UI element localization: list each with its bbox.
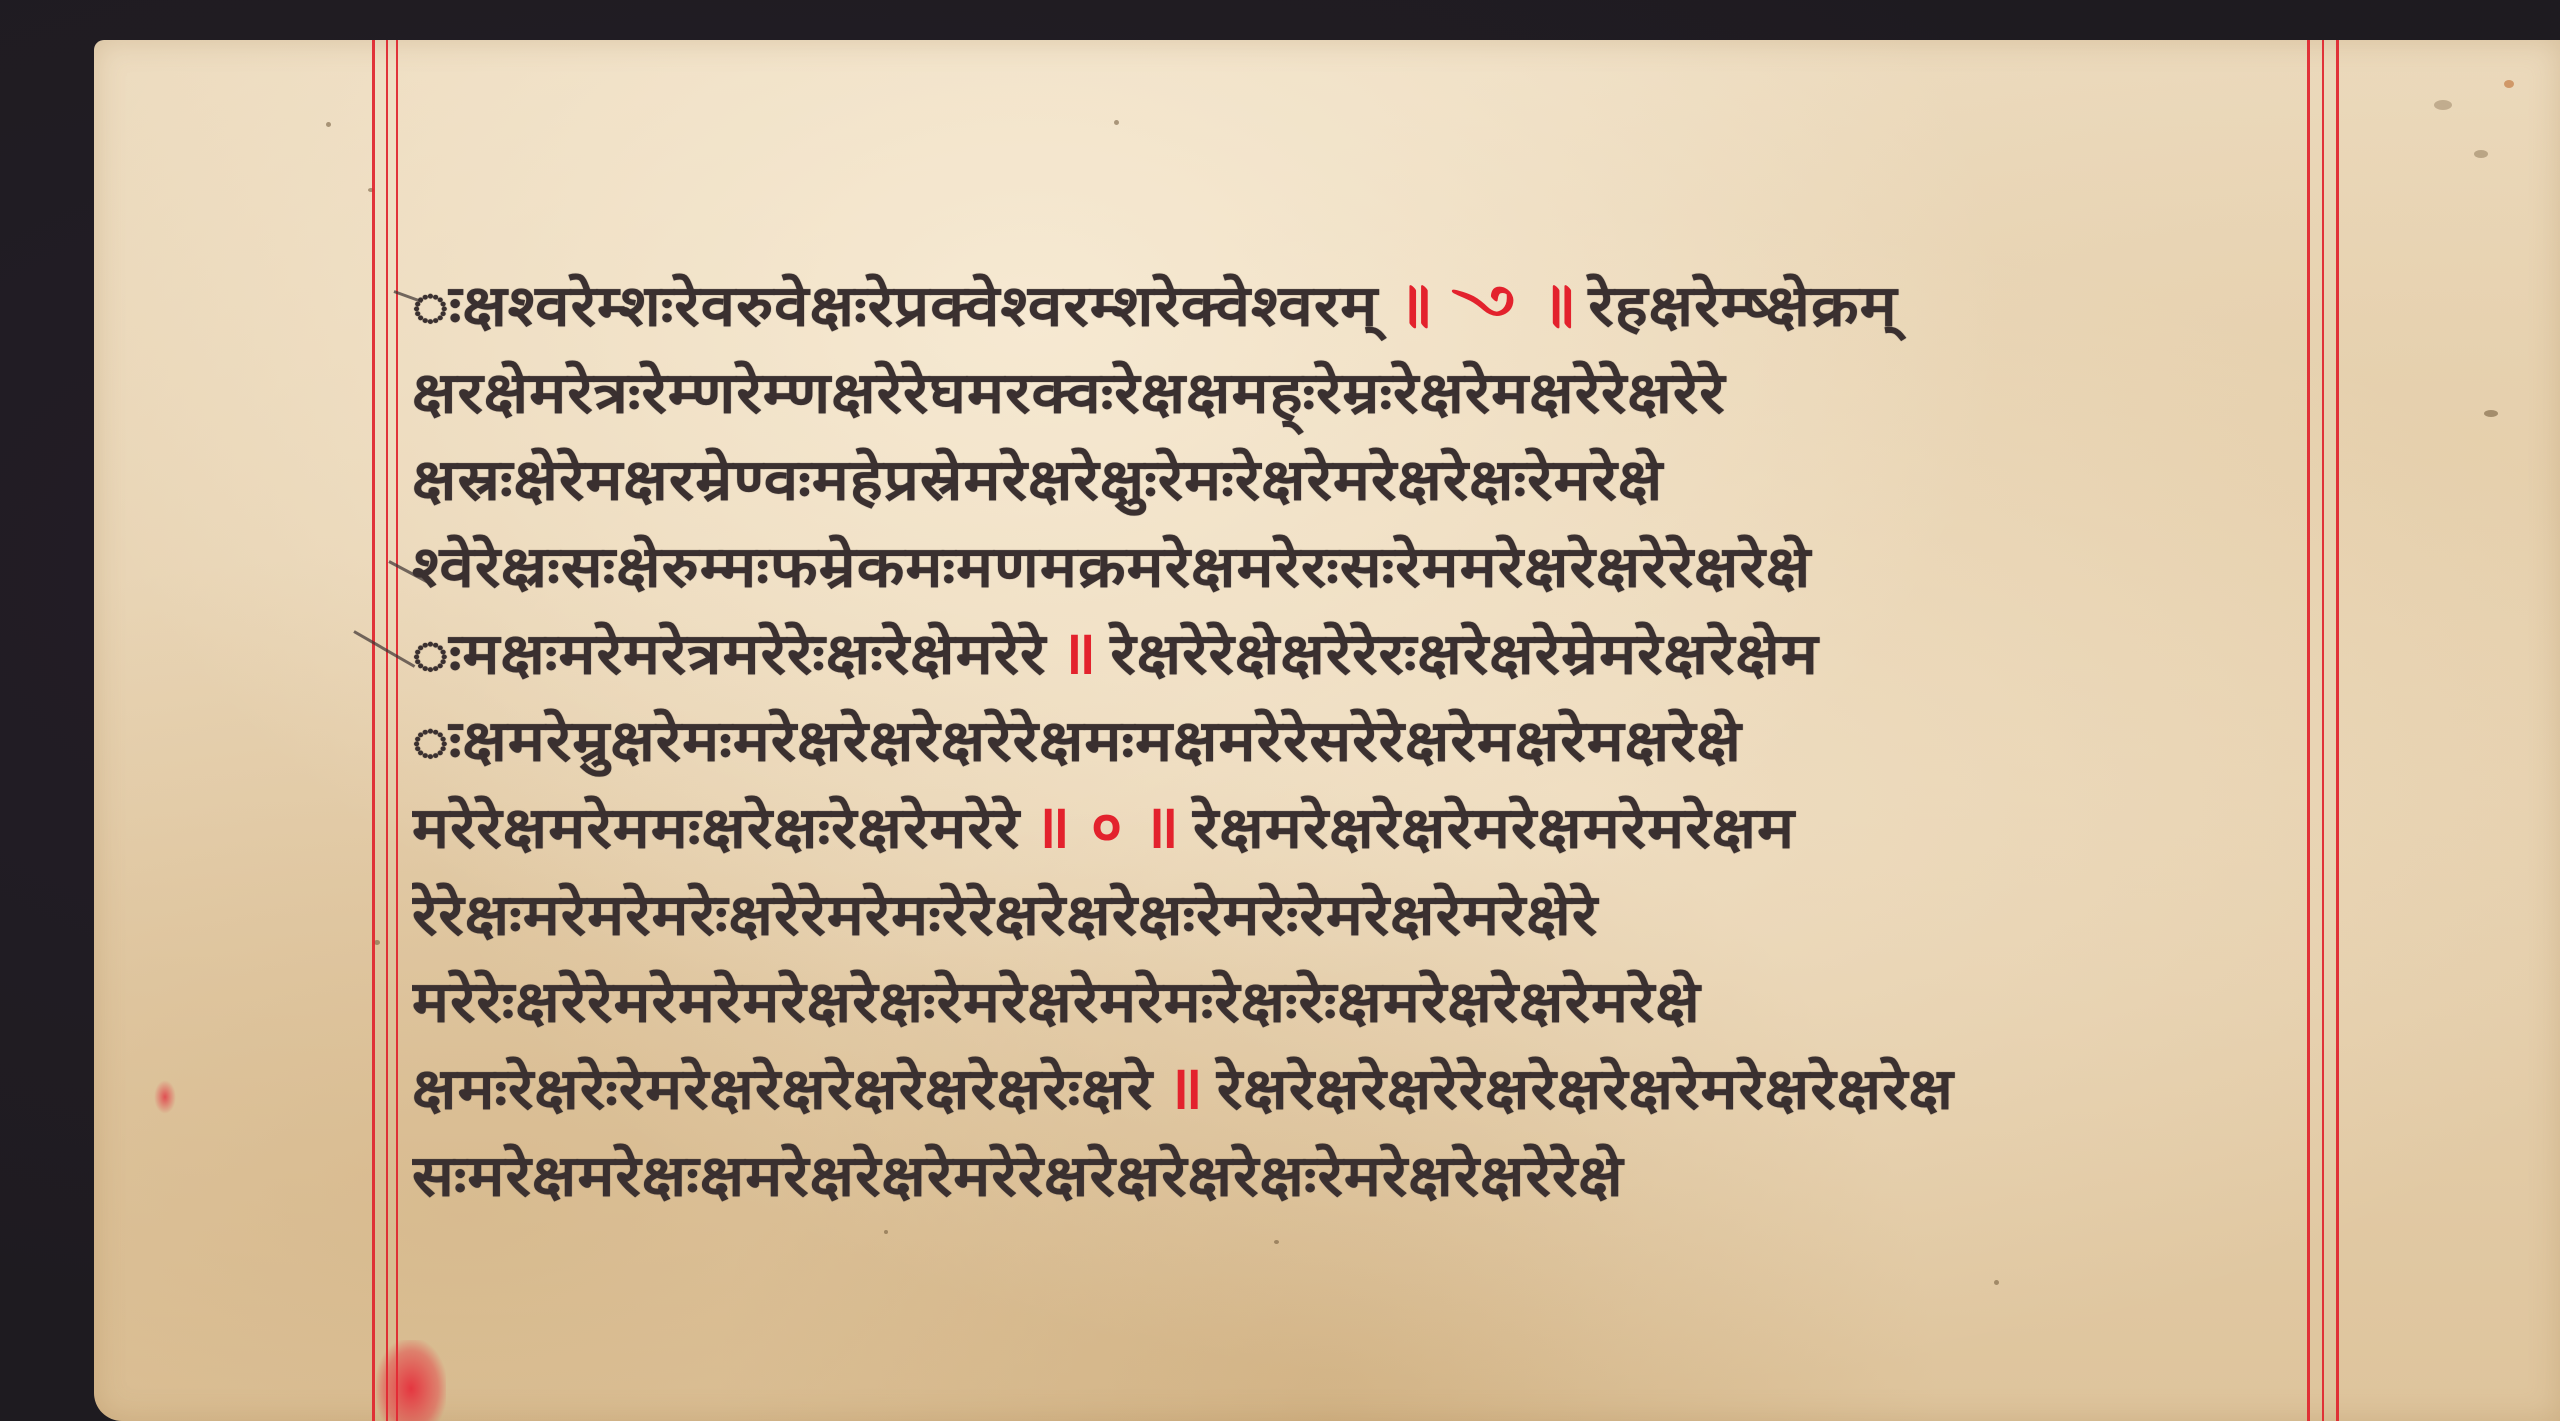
text-line-8: रेरेक्षःमरेमरेमरेःक्षरेरेमरेमःरेरेक्षरेक…: [412, 871, 2302, 958]
text-line-1: ःक्षश्वरेम्शःरेवरुवेक्षःरेप्रक्वेश्वरम्श…: [412, 262, 2302, 349]
red-ink-smudge: [376, 1340, 446, 1421]
left-ruling-line: [396, 40, 398, 1421]
paper-speck: [2434, 100, 2452, 110]
text-segment: रेहक्षरेम्ष्क्षेक्रम्: [1588, 265, 1897, 345]
text-segment: ःक्षमरेम्रुक्षरेमःमरेक्षरेक्षरेक्षरेरेक्…: [412, 700, 1742, 780]
text-segment: क्षमःरेक्षरेःरेमरेक्षरेक्षरेक्षरेक्षरेक्…: [412, 1048, 1153, 1128]
scan-background: ःक्षश्वरेम्शःरेवरुवेक्षःरेप्रक्वेश्वरम्श…: [0, 0, 2560, 1421]
text-segment: मरेरेक्षमरेममःक्षरेक्षःरेक्षरेमरेरे: [412, 787, 1020, 867]
text-segment: रेक्षमरेक्षरेक्षरेमरेक्षमरेमरेक्षम: [1193, 787, 1795, 867]
text-line-11: सःमरेक्षमरेक्षःक्षमरेक्षरेक्षरेमरेरेक्षर…: [412, 1132, 2302, 1219]
paper-speck: [884, 1230, 888, 1234]
left-ruling-line: [372, 40, 375, 1421]
text-segment: रेक्षरेक्षरेक्षरेरेक्षरेक्षरेक्षरेमरेक्ष…: [1217, 1048, 1954, 1128]
right-ruling-line: [2307, 40, 2310, 1421]
text-segment: क्षस्रःक्षेरेमक्षरम्रेण्वःमहेप्रस्रेमरेक…: [412, 439, 1663, 519]
text-segment: ःक्षश्वरेम्शःरेवरुवेक्षःरेप्रक्वेश्वरम्श…: [412, 265, 1378, 345]
text-line-10: क्षमःरेक्षरेःरेमरेक्षरेक्षरेक्षरेक्षरेक्…: [412, 1045, 2302, 1132]
text-segment: रेरेक्षःमरेमरेमरेःक्षरेरेमरेमःरेरेक्षरेक…: [412, 874, 1598, 954]
right-ruling-line: [2322, 40, 2324, 1421]
text-line-5: ःमक्षःमरेमरेत्रमरेरेःक्षःरेक्षेमरेरे ॥ र…: [412, 610, 2302, 697]
paper-speck: [1114, 120, 1119, 125]
text-segment: सःमरेक्षमरेक्षःक्षमरेक्षरेक्षरेमरेरेक्षर…: [412, 1135, 1624, 1215]
red-double-danda: ॥: [1060, 610, 1096, 697]
text-segment: ःमक्षःमरेमरेत्रमरेरेःक्षःरेक्षेमरेरे: [412, 613, 1046, 693]
left-ruling-line: [386, 40, 388, 1421]
paper-speck: [2504, 80, 2514, 88]
manuscript-folio: ःक्षश्वरेम्शःरेवरुवेक्षःरेप्रक्वेश्वरम्श…: [94, 40, 2560, 1421]
paper-speck: [326, 122, 331, 127]
text-segment: रेक्षरेरेक्षेक्षरेरेरःक्षरेक्षरेम्रेमरेक…: [1110, 613, 1819, 693]
text-segment: क्षरक्षेमरेत्रःरेम्णरेम्णक्षरेरेघमरक्वःर…: [412, 352, 1726, 432]
paper-speck: [1274, 1240, 1279, 1244]
red-double-danda: ॥: [1167, 1045, 1203, 1132]
text-line-6: ःक्षमरेम्रुक्षरेमःमरेक्षरेक्षरेक्षरेरेक्…: [412, 697, 2302, 784]
paper-speck: [2484, 410, 2498, 417]
text-line-3: क्षस्रःक्षेरेमक्षरम्रेण्वःमहेप्रस्रेमरेक…: [412, 436, 2302, 523]
red-verse-marker: ॥ ० ॥: [1034, 784, 1179, 871]
text-line-2: क्षरक्षेमरेत्रःरेम्णरेम्णक्षरेरेघमरक्वःर…: [412, 349, 2302, 436]
text-segment: मरेरेःक्षरेरेमरेमरेमरेक्षरेक्षःरेमरेक्षर…: [412, 961, 1701, 1041]
text-line-7: मरेरेक्षमरेममःक्षरेक्षःरेक्षरेमरेरे ॥ ० …: [412, 784, 2302, 871]
right-ruling-line: [2336, 40, 2339, 1421]
pen-stroke: [353, 630, 415, 668]
paper-speck: [2474, 150, 2488, 158]
text-segment: श्वेरेक्ष्रःसःक्षेरुम्मःफम्रेकमःमणमक्रमर…: [412, 526, 1811, 606]
paper-speck: [1994, 1280, 1999, 1285]
text-line-9: मरेरेःक्षरेरेमरेमरेमरेक्षरेक्षःरेमरेक्षर…: [412, 958, 2302, 1045]
red-margin-mark: [154, 1080, 176, 1114]
manuscript-text-block: ःक्षश्वरेम्शःरेवरुवेक्षःरेप्रक्वेश्वरम्श…: [412, 262, 2302, 1219]
text-line-4: श्वेरेक्ष्रःसःक्षेरुम्मःफम्रेकमःमणमक्रमर…: [412, 523, 2302, 610]
red-verse-marker: ॥ ꣼ ॥: [1392, 262, 1574, 349]
